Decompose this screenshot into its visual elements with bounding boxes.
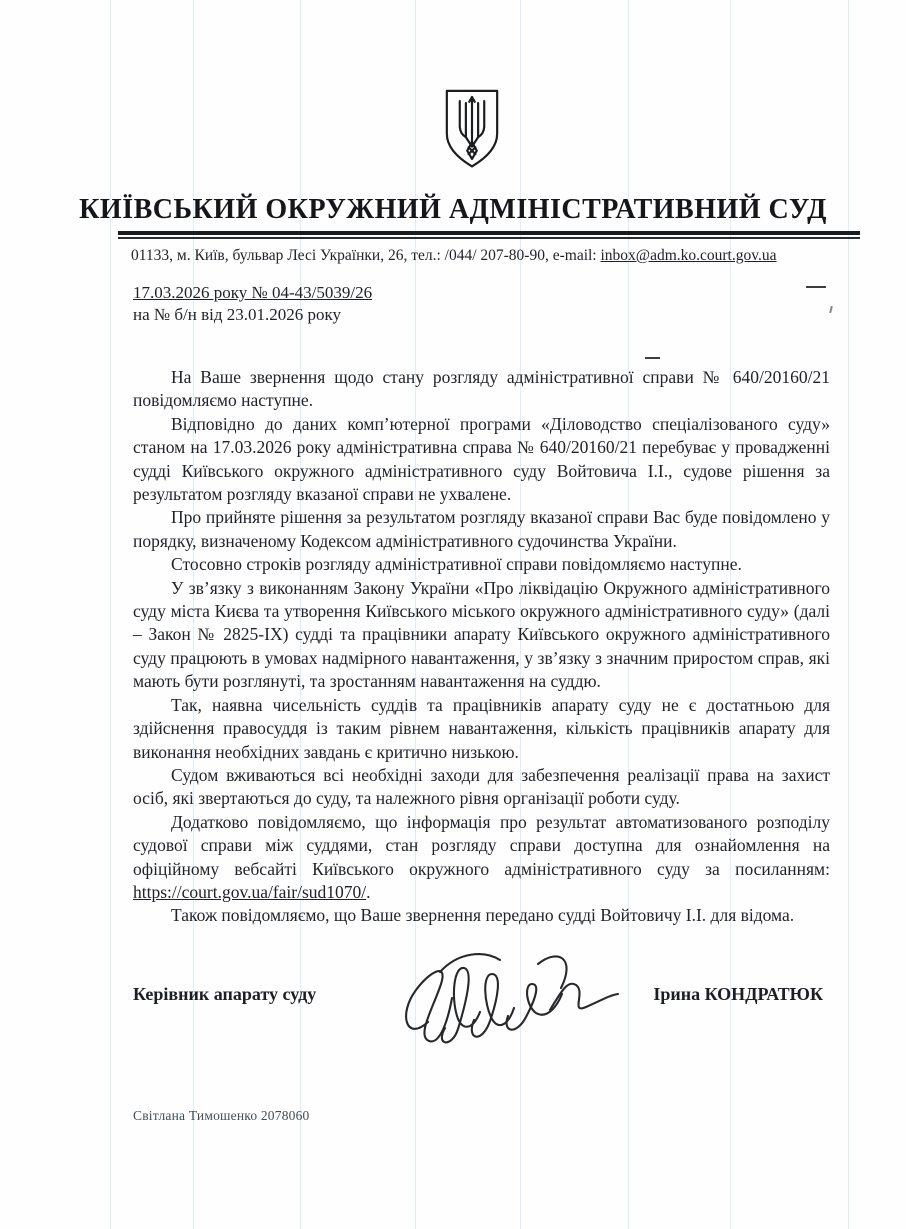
- case-status-url-link[interactable]: https://court.gov.ua/fair/sud1070/: [133, 882, 366, 902]
- ukraine-trident-emblem-icon: [438, 74, 506, 186]
- paragraph-measures: Судом вживаються всі необхідні заходи дл…: [133, 764, 830, 811]
- paragraph-staffing: Так, наявна чисельність суддів та праців…: [133, 694, 830, 764]
- executor-note: Світлана Тимошенко 2078060: [133, 1108, 310, 1124]
- email-link[interactable]: inbox@adm.ko.court.gov.ua: [601, 247, 777, 264]
- court-name-heading: КИЇВСЬКИЙ ОКРУЖНИЙ АДМІНІСТРАТИВНИЙ СУД: [0, 194, 906, 226]
- scanned-letter-page: КИЇВСЬКИЙ ОКРУЖНИЙ АДМІНІСТРАТИВНИЙ СУД …: [0, 0, 906, 1229]
- reference-block: 17.03.2026 року № 04-43/5039/26 на № б/н…: [133, 282, 372, 326]
- paragraph-decision-notice: Про прийняте рішення за результатом розг…: [133, 506, 830, 553]
- outgoing-reference: 17.03.2026 року № 04-43/5039/26: [133, 282, 372, 304]
- paragraph-intro: На Ваше звернення щодо стану розгляду ад…: [133, 366, 830, 413]
- signer-name: Ірина КОНДРАТЮК: [653, 984, 823, 1005]
- scan-streak: [110, 0, 111, 1229]
- paragraph-website-info: Додатково повідомляємо, що інформація пр…: [133, 811, 830, 905]
- handwritten-signature: [388, 942, 623, 1050]
- paragraph-law-2825: У зв’язку з виконанням Закону України «П…: [133, 577, 830, 694]
- letter-body: На Ваше звернення щодо стану розгляду ад…: [133, 366, 830, 928]
- paragraph-terms-intro: Стосовно строків розгляду адміністративн…: [133, 553, 830, 576]
- scan-artifact-tick: [829, 306, 833, 313]
- incoming-reference: на № б/н від 23.01.2026 року: [133, 304, 372, 326]
- paragraph-closing: Також повідомляємо, що Ваше звернення пе…: [133, 904, 830, 927]
- paragraph-case-status: Відповідно до даних комп’ютерної програм…: [133, 413, 830, 507]
- letterhead-divider: [118, 231, 860, 239]
- scan-artifact-dash: [645, 357, 660, 359]
- paragraph-text: Додатково повідомляємо, що інформація пр…: [133, 812, 830, 879]
- contact-line: 01133, м. Київ, бульвар Лесі Українки, 2…: [131, 247, 851, 265]
- signer-position-title: Керівник апарату суду: [133, 984, 316, 1005]
- scan-artifact-dash: [806, 286, 826, 288]
- scan-streak: [848, 0, 849, 1229]
- paragraph-text: .: [366, 882, 370, 902]
- contact-text: 01133, м. Київ, бульвар Лесі Українки, 2…: [131, 247, 601, 264]
